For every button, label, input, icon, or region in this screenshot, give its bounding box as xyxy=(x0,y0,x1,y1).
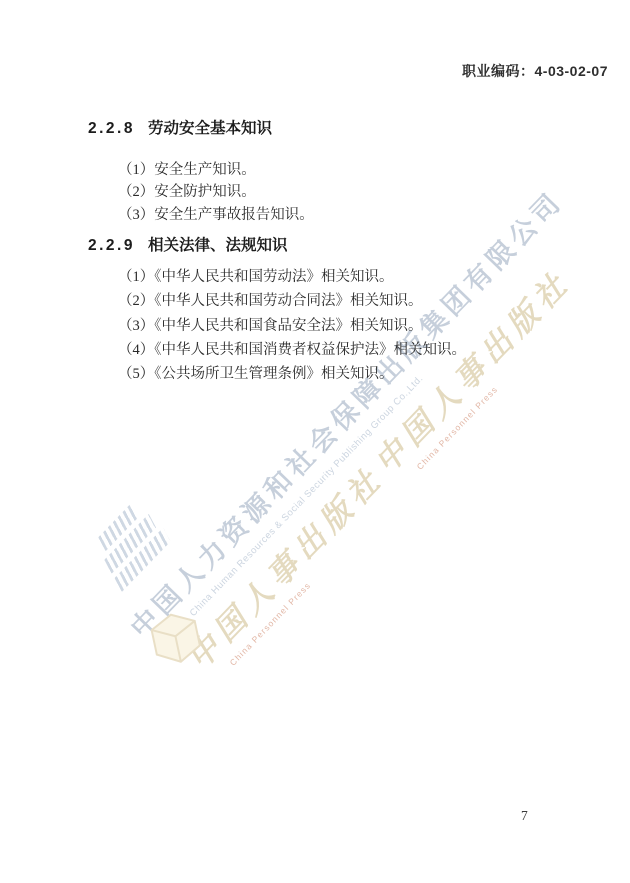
section-title: 相关法律、法规知识 xyxy=(148,237,288,254)
section-number: 2.2.8 xyxy=(88,120,135,137)
list-item: （5）《公共场所卫生管理条例》相关知识。 xyxy=(118,362,466,386)
list-item: （3）安全生产事故报告知识。 xyxy=(118,204,314,226)
list-item: （2）《中华人民共和国劳动合同法》相关知识。 xyxy=(118,289,466,313)
section-heading-2-2-9: 2.2.9相关法律、法规知识 xyxy=(88,233,288,255)
list-item: （1）《中华人民共和国劳动法》相关知识。 xyxy=(118,265,466,289)
document-page: 中国人力资源和社会保障出版集团有限公司 China Human Resource… xyxy=(0,0,630,883)
section-number: 2.2.9 xyxy=(88,237,135,254)
list-item: （1）安全生产知识。 xyxy=(118,159,314,181)
page-content: 职业编码：4-03-02-07 2.2.8劳动安全基本知识 （1）安全生产知识。… xyxy=(0,0,630,883)
list-item: （3）《中华人民共和国食品安全法》相关知识。 xyxy=(118,314,466,338)
knowledge-list-2-2-9: （1）《中华人民共和国劳动法》相关知识。 （2）《中华人民共和国劳动合同法》相关… xyxy=(118,265,466,386)
list-item: （4）《中华人民共和国消费者权益保护法》相关知识。 xyxy=(118,338,466,362)
occupation-code-header: 职业编码：4-03-02-07 xyxy=(462,61,608,81)
section-heading-2-2-8: 2.2.8劳动安全基本知识 xyxy=(88,116,272,138)
list-item: （2）安全防护知识。 xyxy=(118,181,314,203)
knowledge-list-2-2-8: （1）安全生产知识。 （2）安全防护知识。 （3）安全生产事故报告知识。 xyxy=(118,159,314,226)
section-title: 劳动安全基本知识 xyxy=(148,120,272,137)
page-number: 7 xyxy=(521,808,528,824)
